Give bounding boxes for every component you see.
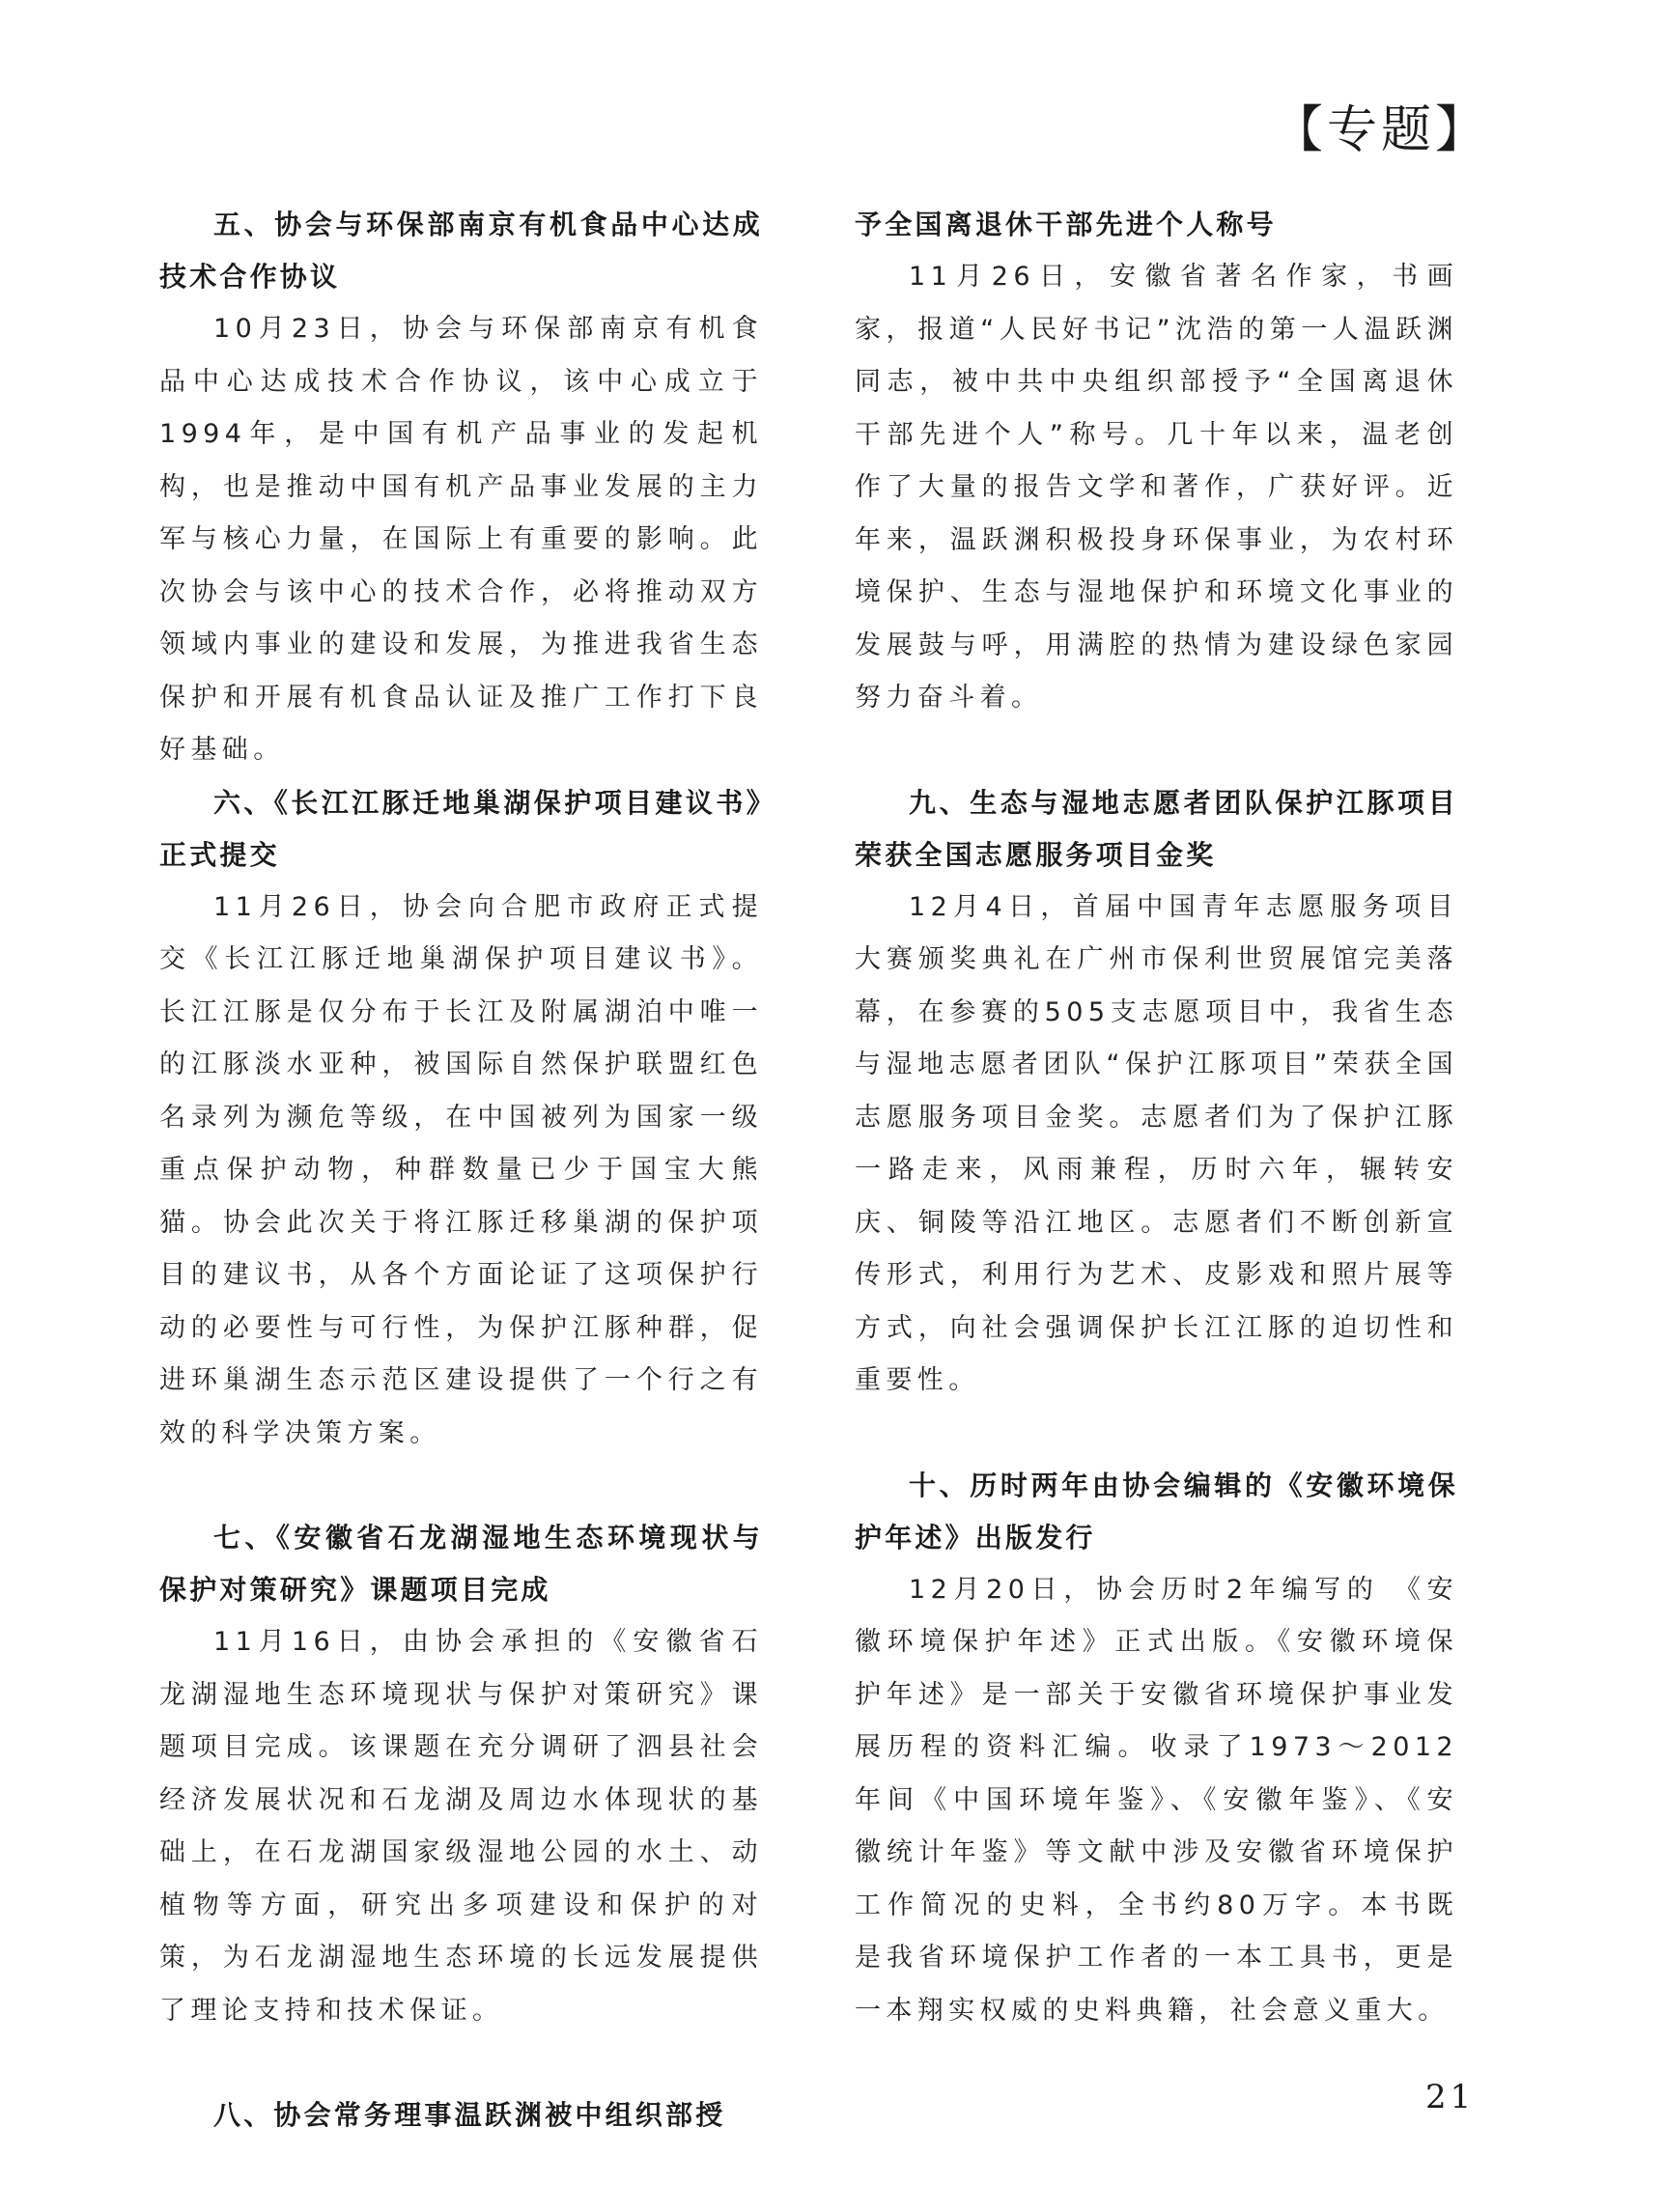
section-9: 九、生态与湿地志愿者团队保护江豚项目荣获全国志愿服务项目金奖 12月4日，首届中… bbox=[855, 777, 1458, 1408]
section-6: 六、《长江江豚迁地巢湖保护项目建议书》正式提交 11月26日，协会向合肥市政府正… bbox=[159, 777, 763, 1461]
section-10: 十、历时两年由协会编辑的《安徽环境保护年述》出版发行 12月20日，协会历时2年… bbox=[855, 1460, 1458, 2038]
section-heading: 予全国离退休干部先进个人称号 bbox=[855, 199, 1458, 251]
section-8-start: 八、协会常务理事温跃渊被中组织部授 bbox=[159, 2089, 763, 2142]
section-heading: 九、生态与湿地志愿者团队保护江豚项目荣获全国志愿服务项目金奖 bbox=[855, 777, 1458, 882]
section-5: 五、协会与环保部南京有机食品中心达成技术合作协议 10月23日，协会与环保部南京… bbox=[159, 199, 763, 777]
section-heading: 七、《安徽省石龙湖湿地生态环境现状与保护对策研究》课题项目完成 bbox=[159, 1512, 763, 1616]
section-body: 10月23日，协会与环保部南京有机食品中心达成技术合作协议，该中心成立于1994… bbox=[159, 303, 763, 777]
section-body: 12月4日，首届中国青年志愿服务项目大赛颁奖典礼在广州市保利世贸展馆完美落幕，在… bbox=[855, 882, 1458, 1408]
section-heading: 八、协会常务理事温跃渊被中组织部授 bbox=[159, 2089, 763, 2142]
left-column: 五、协会与环保部南京有机食品中心达成技术合作协议 10月23日，协会与环保部南京… bbox=[159, 199, 763, 2142]
right-column: 予全国离退休干部先进个人称号 11月26日，安徽省著名作家，书画家，报道“人民好… bbox=[855, 199, 1458, 2037]
section-heading: 五、协会与环保部南京有机食品中心达成技术合作协议 bbox=[159, 199, 763, 303]
section-body: 11月26日，协会向合肥市政府正式提交《长江江豚迁地巢湖保护项目建议书》。长江江… bbox=[159, 882, 763, 1461]
section-body: 11月26日，安徽省著名作家，书画家，报道“人民好书记”沈浩的第一人温跃渊同志，… bbox=[855, 251, 1458, 725]
section-7: 七、《安徽省石龙湖湿地生态环境现状与保护对策研究》课题项目完成 11月16日，由… bbox=[159, 1512, 763, 2037]
section-body: 12月20日，协会历时2年编写的 《安徽环境保护年述》正式出版。《安徽环境保护年… bbox=[855, 1564, 1458, 2038]
section-heading: 十、历时两年由协会编辑的《安徽环境保护年述》出版发行 bbox=[855, 1460, 1458, 1564]
section-tag: 【专题】 bbox=[1273, 89, 1489, 161]
section-8-continued: 予全国离退休干部先进个人称号 11月26日，安徽省著名作家，书画家，报道“人民好… bbox=[855, 199, 1458, 725]
section-heading: 六、《长江江豚迁地巢湖保护项目建议书》正式提交 bbox=[159, 777, 763, 882]
section-body: 11月16日，由协会承担的《安徽省石龙湖湿地生态环境现状与保护对策研究》课题项目… bbox=[159, 1616, 763, 2037]
page-number: 21 bbox=[1425, 2078, 1475, 2116]
